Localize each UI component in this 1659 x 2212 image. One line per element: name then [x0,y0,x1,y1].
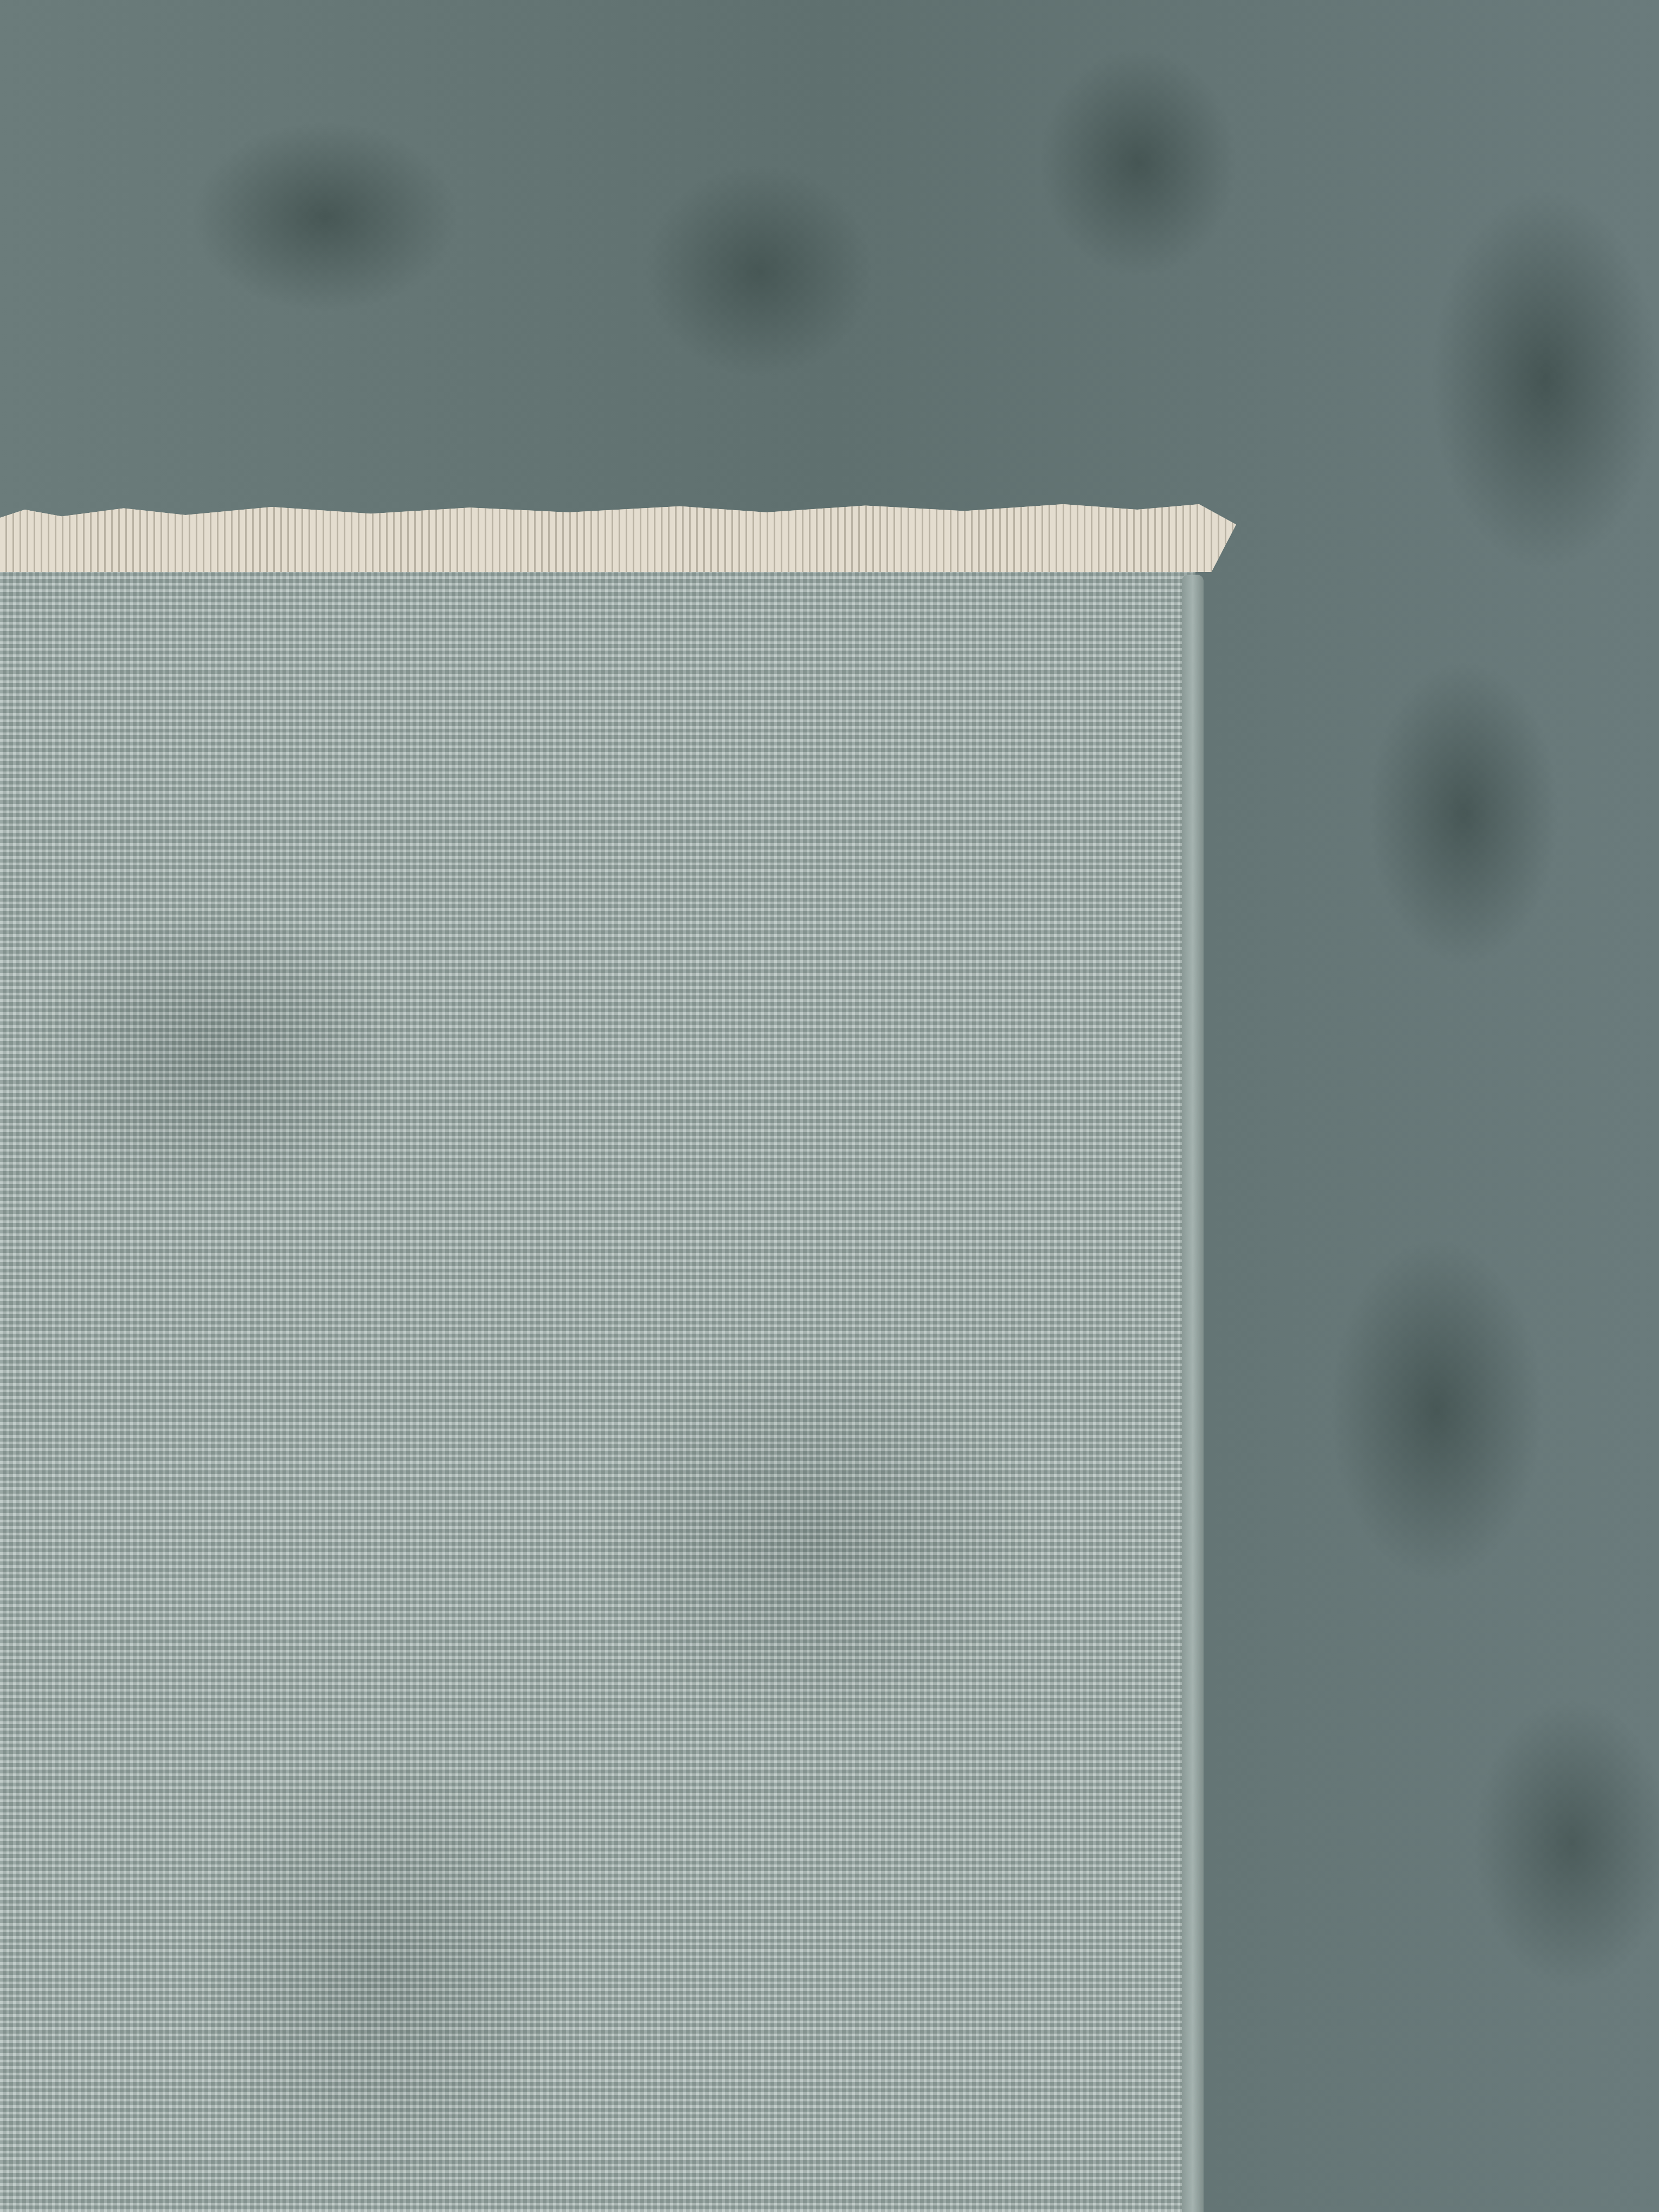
rug-side-binding [1182,575,1204,2212]
folded-rug-back [0,564,1195,2212]
